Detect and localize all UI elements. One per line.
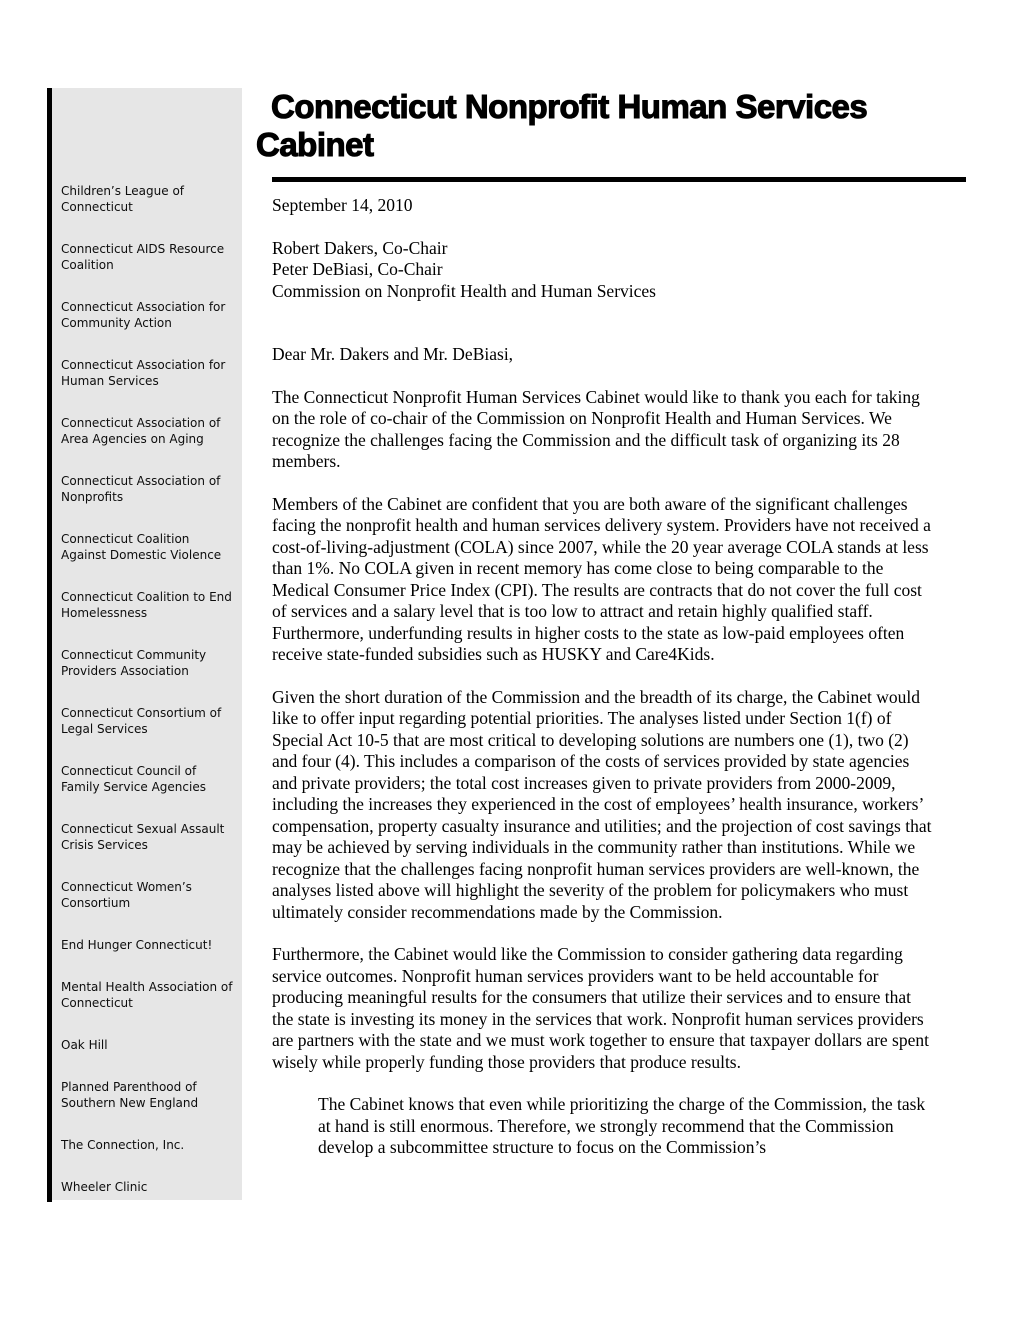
letter-date: September 14, 2010 <box>272 195 935 217</box>
member-org: Connecticut AIDS Resource Coalition <box>61 241 238 273</box>
member-org: End Hunger Connecticut! <box>61 937 238 953</box>
member-org: Mental Health Association of Connecticut <box>61 979 238 1011</box>
member-org: Planned Parenthood of Southern New Engla… <box>61 1079 238 1111</box>
member-org: Connecticut Women’s Consortium <box>61 879 238 911</box>
member-org: Connecticut Association for Human Servic… <box>61 357 238 389</box>
body-paragraph: Members of the Cabinet are confident tha… <box>272 494 935 666</box>
member-org: Connecticut Coalition Against Domestic V… <box>61 531 238 563</box>
letter-title: Connecticut Nonprofit Human Services Cab… <box>256 88 970 164</box>
member-org: Connecticut Association for Community Ac… <box>61 299 238 331</box>
recipient-block: Robert Dakers, Co-Chair Peter DeBiasi, C… <box>272 238 935 303</box>
body-paragraph: The Connecticut Nonprofit Human Services… <box>272 387 935 473</box>
recipient-line: Commission on Nonprofit Health and Human… <box>272 281 935 303</box>
member-org: Oak Hill <box>61 1037 238 1053</box>
letter-content: September 14, 2010 Robert Dakers, Co-Cha… <box>272 195 935 1159</box>
recipient-line: Robert Dakers, Co-Chair <box>272 238 935 260</box>
member-org: Connecticut Community Providers Associat… <box>61 647 238 679</box>
member-org: Connecticut Coalition to End Homelessnes… <box>61 589 238 621</box>
member-org: Connecticut Sexual Assault Crisis Servic… <box>61 821 238 853</box>
member-org: Connecticut Council of Family Service Ag… <box>61 763 238 795</box>
member-org: The Connection, Inc. <box>61 1137 238 1153</box>
member-org: Connecticut Association of Area Agencies… <box>61 415 238 447</box>
closing-paragraph: The Cabinet knows that even while priori… <box>318 1094 935 1159</box>
member-org: Connecticut Association of Nonprofits <box>61 473 238 505</box>
title-rule <box>272 177 966 182</box>
members-sidebar: Children’s League of Connecticut Connect… <box>52 88 242 1200</box>
member-org: Children’s League of Connecticut <box>61 183 238 215</box>
body-paragraph: Furthermore, the Cabinet would like the … <box>272 944 935 1073</box>
recipient-line: Peter DeBiasi, Co-Chair <box>272 259 935 281</box>
member-org: Wheeler Clinic <box>61 1179 238 1195</box>
letter-page: Children’s League of Connecticut Connect… <box>0 0 1020 1320</box>
salutation: Dear Mr. Dakers and Mr. DeBiasi, <box>272 344 935 366</box>
letter-body-column: Connecticut Nonprofit Human Services Cab… <box>256 88 970 1159</box>
body-paragraph: Given the short duration of the Commissi… <box>272 687 935 924</box>
member-org: Connecticut Consortium of Legal Services <box>61 705 238 737</box>
